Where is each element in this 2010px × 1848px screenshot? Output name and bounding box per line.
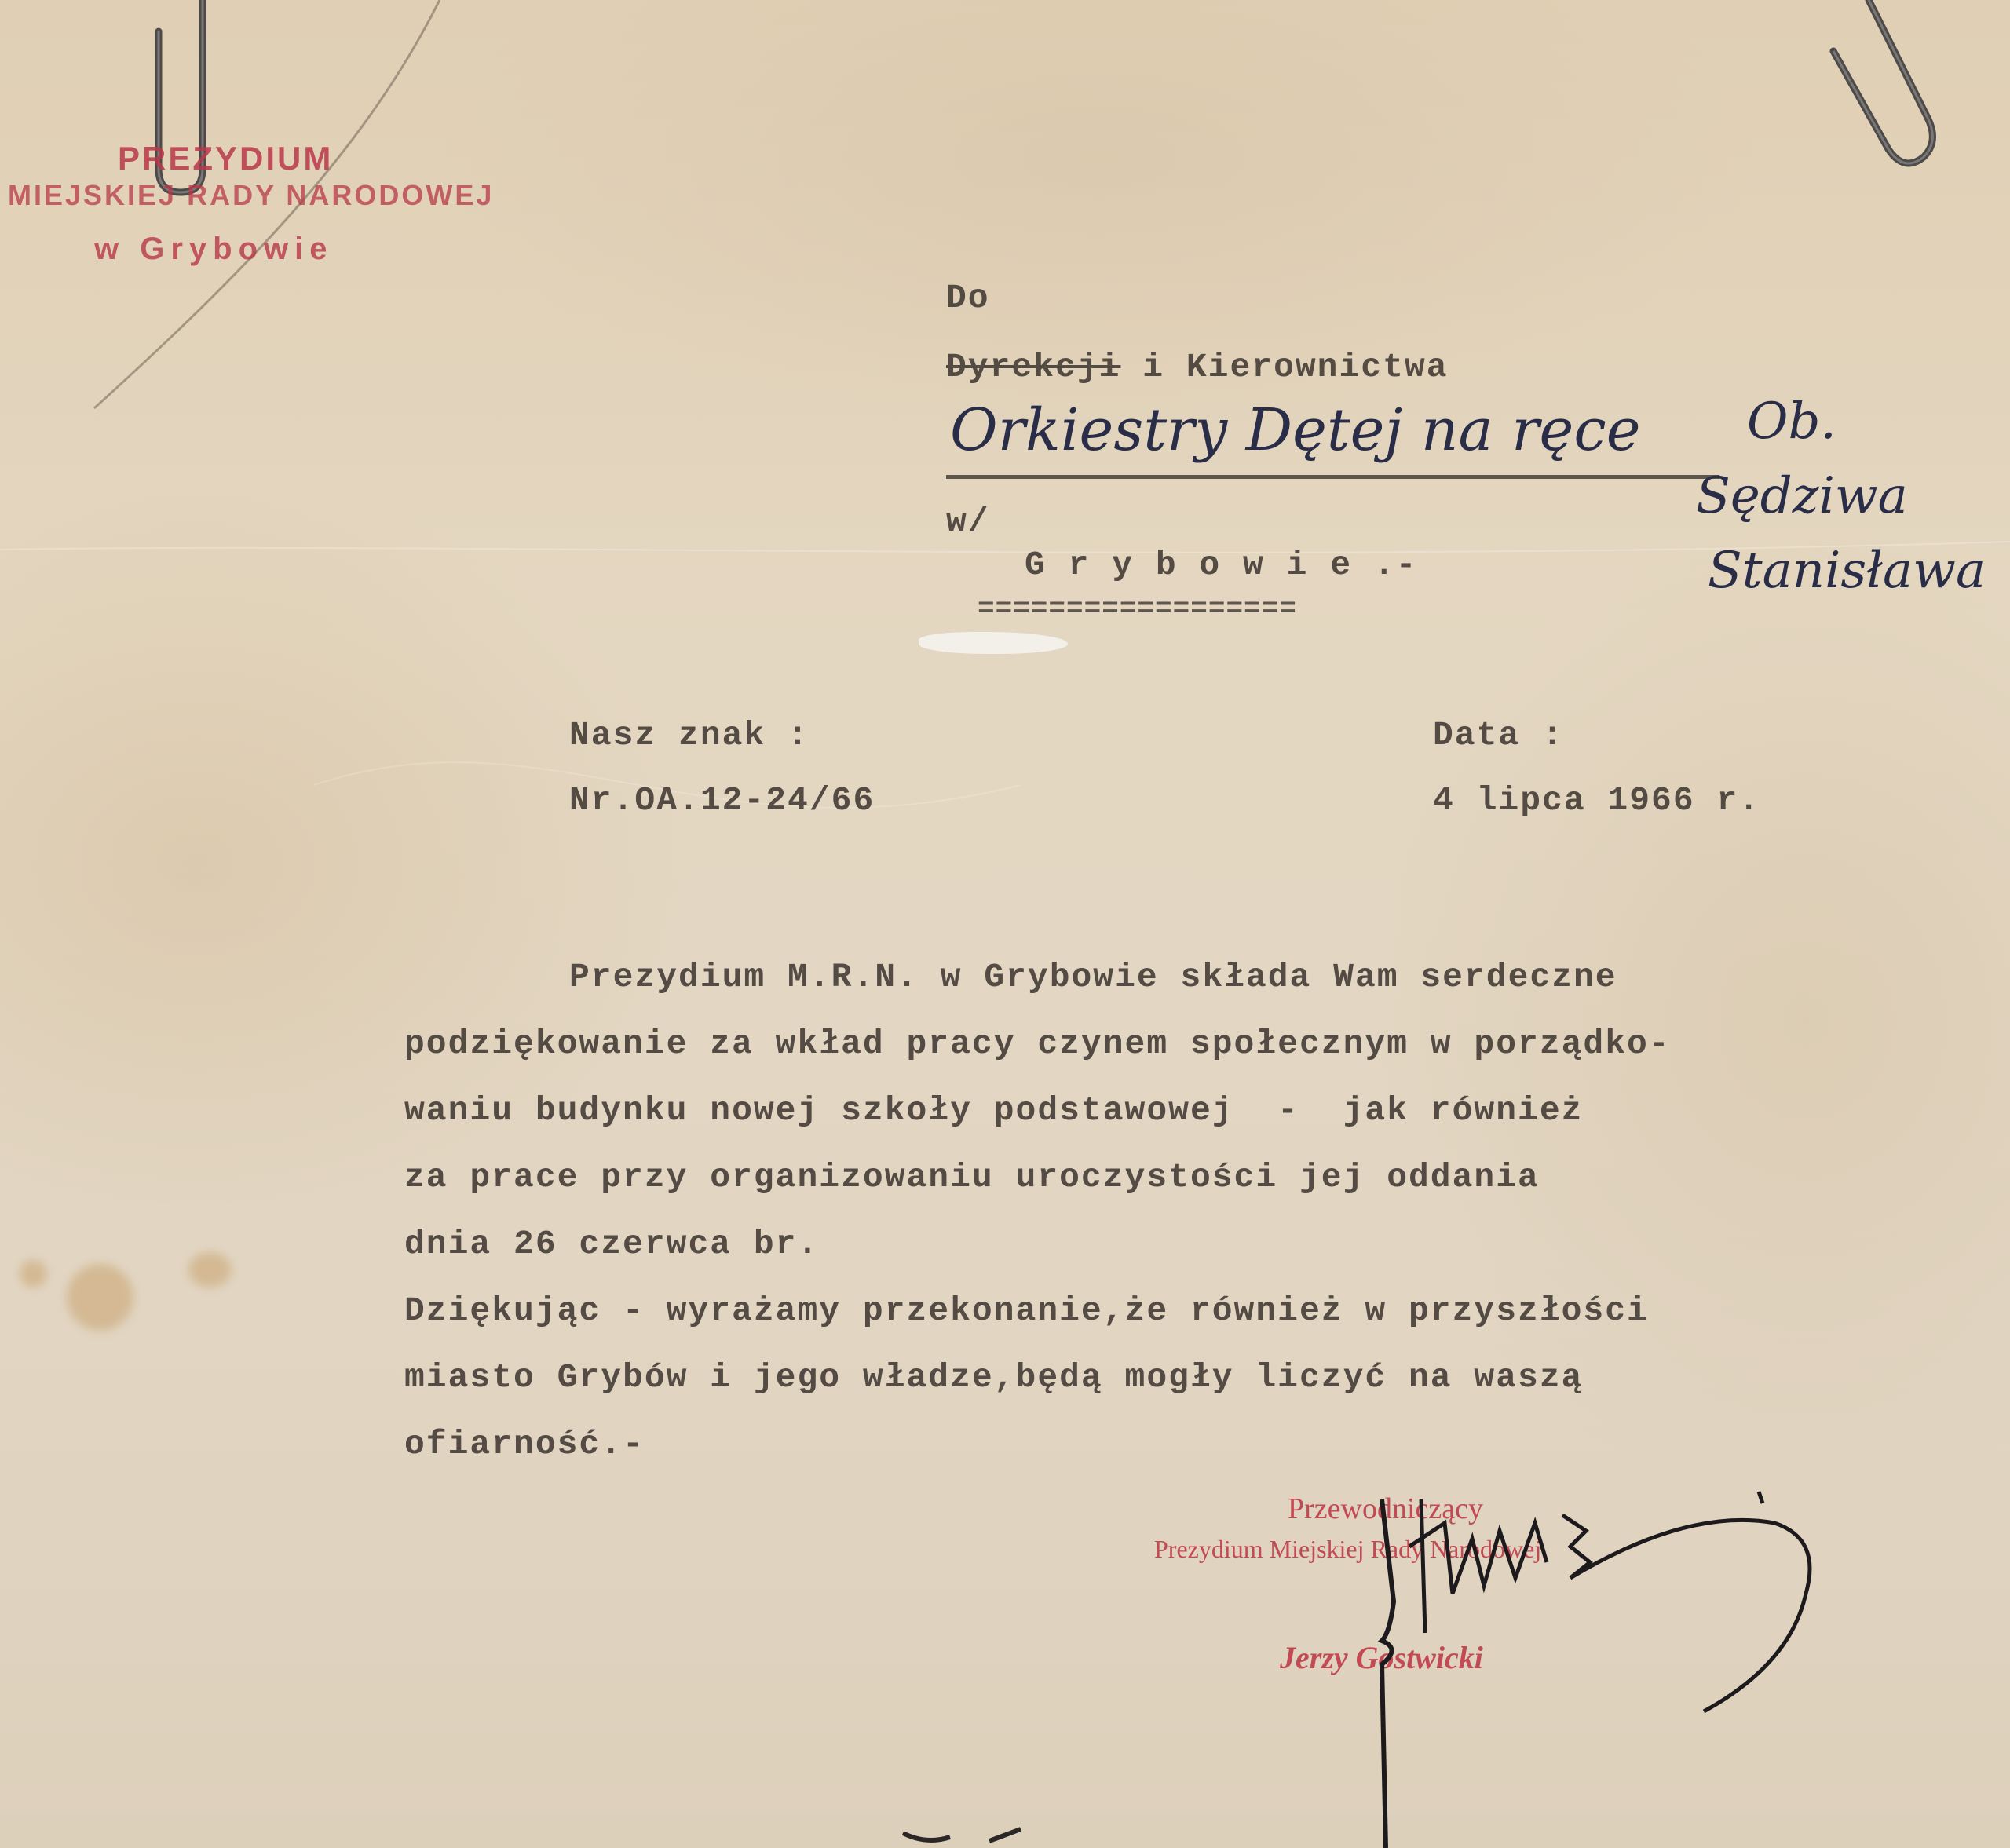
recipient-city: G r y b o w i e .- xyxy=(1025,546,1417,584)
bottom-clip-icon xyxy=(895,1821,1036,1848)
paper-clip-icon xyxy=(1829,0,1939,181)
stamp-line-3: w Grybowie xyxy=(94,232,334,267)
date-value: 4 lipca 1966 r. xyxy=(1433,781,1760,820)
foxing-stain xyxy=(188,1252,232,1287)
stamp-line-1: PREZYDIUM xyxy=(118,140,333,177)
body-line: miasto Grybów i jego władze,będą mogły l… xyxy=(404,1358,1583,1397)
body-line: podziękowanie za wkład pracy czynem społ… xyxy=(404,1024,1671,1063)
recipient-w: w/ xyxy=(946,502,990,541)
recipient-line: Dyrekcji i Kierownictwa xyxy=(946,348,1449,386)
struck-word: Dyrekcji xyxy=(946,348,1120,386)
body-line: Dziękując - wyrażamy przekonanie,że równ… xyxy=(404,1291,1649,1330)
body-line: za prace przy organizowaniu uroczystości… xyxy=(404,1158,1540,1196)
stamp-line-2: MIEJSKIEJ RADY NARODOWEJ xyxy=(8,179,494,212)
foxing-stain xyxy=(67,1264,133,1331)
handwritten-note-1: Ob. xyxy=(1747,393,1836,451)
foxing-stain xyxy=(20,1260,47,1287)
body-line: waniu budynku nowej szkoły podstawowej -… xyxy=(404,1091,1583,1130)
recipient-rest: i Kierownictwa xyxy=(1120,348,1448,386)
body-line: ofiarność.- xyxy=(404,1425,645,1463)
date-label: Data : xyxy=(1433,716,1564,754)
reference-label: Nasz znak : xyxy=(569,716,809,754)
handwritten-note-3: Stanisława xyxy=(1708,542,1986,600)
typed-underline xyxy=(946,475,1719,479)
body-line: Prezydium M.R.N. w Grybowie składa Wam s… xyxy=(569,958,1617,996)
paper-tear xyxy=(919,632,1068,654)
handwritten-signature xyxy=(1335,1476,1884,1848)
recipient-to: Do xyxy=(946,279,990,317)
city-double-underline: ================== xyxy=(978,593,1297,625)
handwritten-note-2: Sędziwa xyxy=(1696,467,1908,525)
handwritten-recipient: Orkiestry Dętej na ręce xyxy=(950,396,1641,464)
body-line: dnia 26 czerwca br. xyxy=(404,1225,819,1263)
reference-value: Nr.OA.12-24/66 xyxy=(569,781,875,820)
